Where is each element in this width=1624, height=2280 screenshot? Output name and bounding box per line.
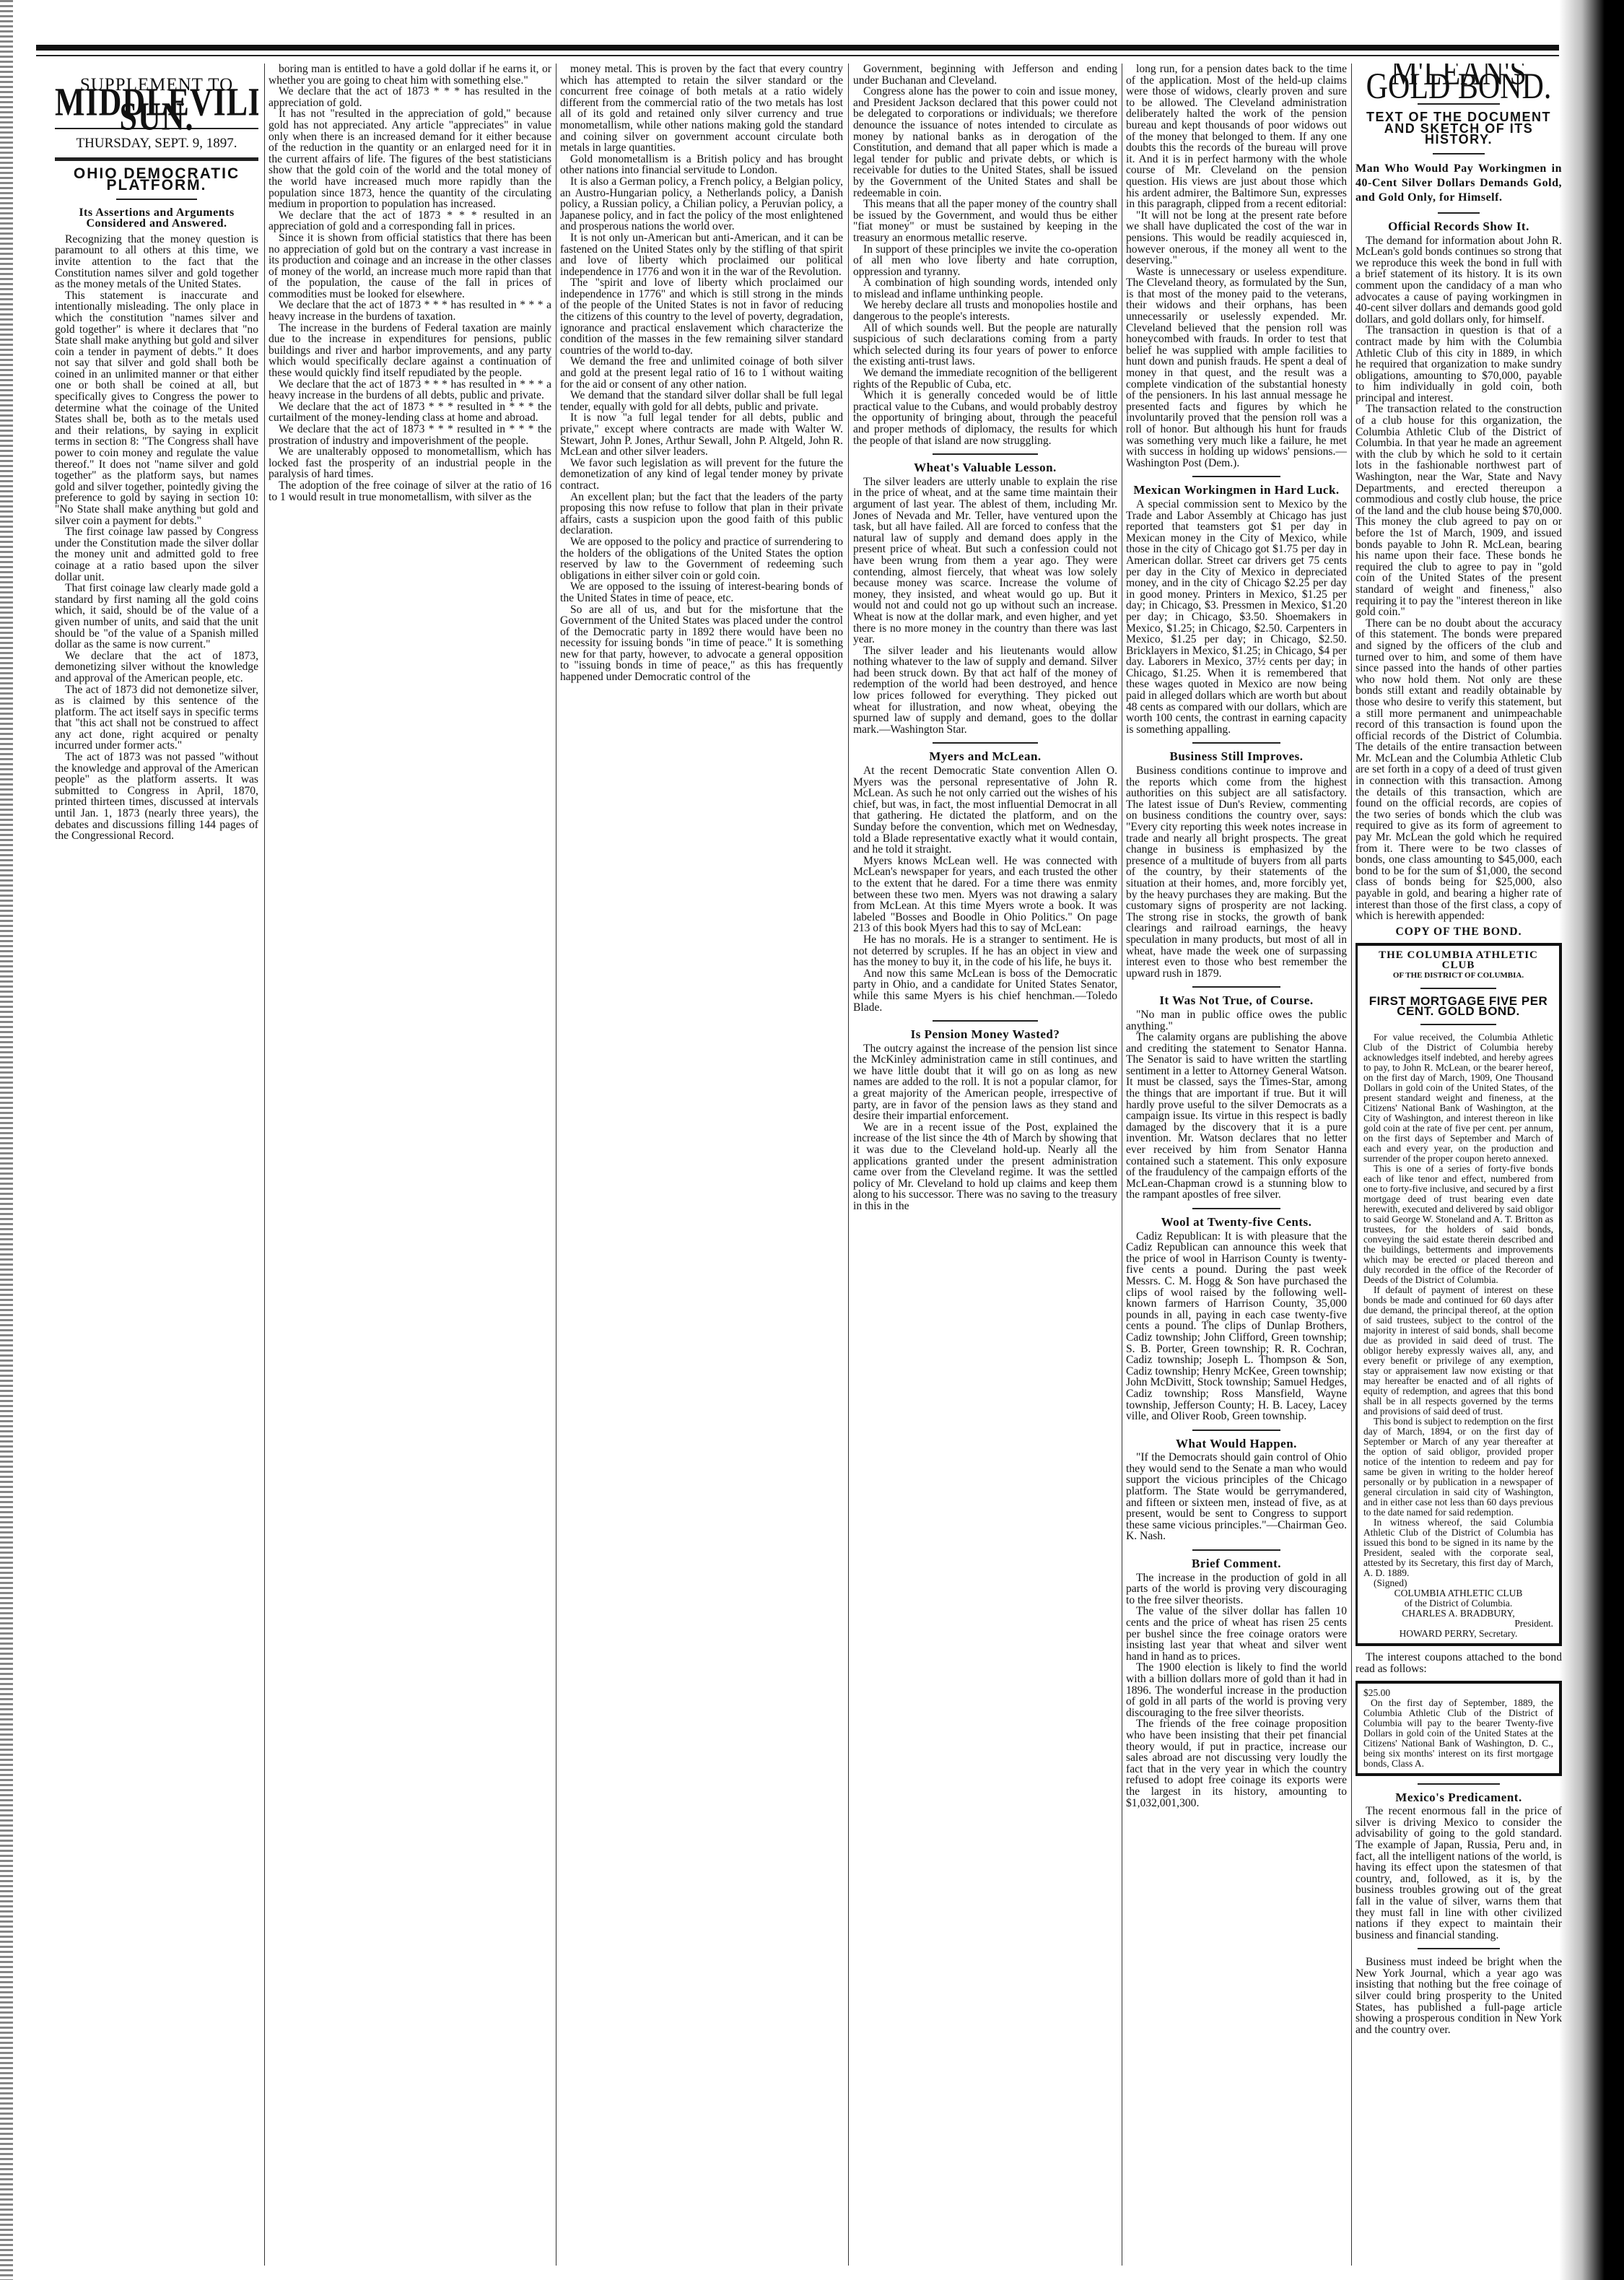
paragraph: The silver leaders are utterly unable to… [853,477,1117,645]
article-body-ohio: Recognizing that the money question is p… [55,234,258,842]
paragraph: If default of payment of interest on the… [1363,1285,1553,1417]
masthead-date: THURSDAY, SEPT. 9, 1897. [55,138,258,149]
article-body-mexican: A special commission sent to Mexico by t… [1126,499,1347,735]
paragraph: The adoption of the free coinage of silv… [269,480,551,502]
paragraph: Gold monometallism is a British policy a… [560,154,843,176]
paragraph: The demand for information about John R.… [1355,235,1562,326]
paragraph: money metal. This is proven by the fact … [560,64,843,154]
paragraph: For value received, the Columbia Athleti… [1363,1032,1553,1164]
article-body-wheat: The silver leaders are utterly unable to… [853,477,1117,736]
paragraph: It is also a German policy, a French pol… [560,176,843,232]
article-body-business: Business conditions continue to improve … [1126,765,1347,979]
paragraph: Government, beginning with Jefferson and… [853,64,1117,86]
bond-sig-president-title: President. [1363,1619,1553,1629]
article-body-mexico: The recent enormous fall in the price of… [1355,1806,1562,1941]
divider [1433,153,1485,155]
bond-certificate: THE COLUMBIA ATHLETIC CLUB OF THE DISTRI… [1355,943,1562,1646]
paragraph: Congress alone has the power to coin and… [853,86,1117,199]
paragraph: We declare that the act of 1873 * * * ha… [269,379,551,401]
paragraph: The act of 1873 did not demonetize silve… [55,684,258,752]
divider [933,1020,1038,1022]
paragraph: This statement is inaccurate and intenti… [55,290,258,526]
paragraph: "No man in public office owes the public… [1126,1009,1347,1032]
paragraph: We are in a recent issue of the Post, ex… [853,1122,1117,1212]
paragraph: We hereby declare all trusts and monopol… [853,300,1117,322]
paragraph: The transaction related to the construct… [1355,404,1562,617]
heading-official-records: Official Records Show It. [1355,221,1562,232]
column-3: money metal. This is proven by the fact … [560,64,843,2266]
heading-not-true: It Was Not True, of Course. [1126,995,1347,1006]
divider [1192,1208,1280,1209]
paragraph: Which it is generally conceded would be … [853,390,1117,446]
column-6: M'LEAN'S GOLD BOND. TEXT OF THE DOCUMENT… [1355,64,1562,2266]
paragraph: At the recent Democratic State conventio… [853,765,1117,856]
paragraph: The value of the silver dollar has falle… [1126,1606,1347,1662]
paragraph: The silver leader and his lieutenants wo… [853,645,1117,736]
bond-club-name: THE COLUMBIA ATHLETIC CLUB [1363,950,1553,970]
divider [116,199,198,200]
paragraph: The increase in the burdens of Federal t… [269,323,551,379]
subhead-ohio-platform: Its Assertions and Arguments Considered … [55,207,258,230]
bond-sig-president: CHARLES A. BRADBURY, [1363,1609,1553,1619]
divider [1192,1430,1280,1431]
divider [1438,212,1479,214]
heading-business-improves: Business Still Improves. [1126,751,1347,762]
coupons-intro: The interest coupons attached to the bon… [1355,1652,1562,1674]
paragraph: "It will not be long at the present rate… [1126,210,1347,266]
paragraph: There can be no doubt about the accuracy… [1355,618,1562,922]
column-1: SUPPLEMENT TO MIDDLEVILLE SUN. THURSDAY,… [55,64,258,2266]
column-5: long run, for a pension dates back to th… [1126,64,1347,2266]
divider [933,453,1038,455]
headline-ohio-platform: OHIO DEMOCRATIC PLATFORM. [55,168,258,191]
article-body-wool: Cadiz Republican: It is with pleasure th… [1126,1231,1347,1422]
top-rule [36,45,1559,51]
column-divider [1122,64,1122,2266]
bond-text: For value received, the Columbia Athleti… [1363,1032,1553,1578]
paragraph: "If the Democrats should gain control of… [1126,1452,1347,1542]
divider [1420,988,1496,989]
paragraph: We are unalterably opposed to monometall… [269,446,551,480]
paragraph: We declare that the act of 1873 * * * ha… [269,300,551,322]
paragraph: It is not only un-American but anti-Amer… [560,232,843,277]
article-body-records: The demand for information about John R.… [1355,235,1562,922]
article-body-happen: "If the Democrats should gain control of… [1126,1452,1347,1542]
paragraph: An excellent plan; but the fact that the… [560,492,843,536]
column-divider [264,64,265,2266]
paragraph: This bond is subject to redemption on th… [1363,1417,1553,1518]
article-body-brief: The increase in the production of gold i… [1126,1572,1347,1809]
column-divider [556,64,556,2266]
paragraph: The friends of the free coinage proposit… [1126,1718,1347,1809]
article-body-not-true: "No man in public office owes the public… [1126,1009,1347,1201]
closing-paragraph: Business must indeed be bright when the … [1355,1957,1562,2035]
page-scan-edge-right [1559,0,1624,2280]
coupon-box: $25.00 On the first day of September, 18… [1355,1681,1562,1776]
article-body-myers: At the recent Democratic State conventio… [853,765,1117,1013]
paragraph: We declare that the act of 1873 * * * ha… [269,86,551,108]
paragraph: long run, for a pension dates back to th… [1126,64,1347,210]
subhead-text-of-document: TEXT OF THE DOCUMENT AND SKETCH OF ITS H… [1355,112,1562,146]
paragraph: Cadiz Republican: It is with pleasure th… [1126,1231,1347,1422]
paragraph: Myers knows McLean well. He was connecte… [853,856,1117,934]
paragraph: We declare that the act of 1873 * * * re… [269,210,551,232]
heading-wool: Wool at Twenty-five Cents. [1126,1217,1347,1228]
article-body-col2: boring man is entitled to have a gold do… [269,64,551,502]
column-divider [848,64,849,2266]
article-body-pension: The outcry against the increase of the p… [853,1043,1117,1212]
paragraph: The transaction in question is that of a… [1355,325,1562,404]
column-4: Government, beginning with Jefferson and… [853,64,1117,2266]
heading-myers-mclean: Myers and McLean. [853,751,1117,762]
article-body-col4: Government, beginning with Jefferson and… [853,64,1117,446]
paragraph: We declare that the act of 1873 * * * re… [269,401,551,424]
divider [55,157,258,161]
paragraph: We declare that the act of 1873, demonet… [55,651,258,684]
divider [1192,986,1280,988]
paragraph: The calamity organs are publishing the a… [1126,1032,1347,1201]
bond-type: FIRST MORTGAGE FIVE PER CENT. GOLD BOND. [1363,996,1553,1017]
heading-pension-money: Is Pension Money Wasted? [853,1029,1117,1040]
top-rule-thin [36,55,1559,56]
divider [1420,1024,1496,1025]
bond-club-district: OF THE DISTRICT OF COLUMBIA. [1363,970,1553,980]
heading-copy-of-bond: COPY OF THE BOND. [1355,926,1562,938]
coupon-text: On the first day of September, 1889, the… [1363,1698,1553,1769]
deck-workingmen: Man Who Would Pay Workingmen in 40-Cent … [1355,162,1562,205]
divider [1192,742,1280,744]
article-body-col5: long run, for a pension dates back to th… [1126,64,1347,469]
bond-signed: (Signed) [1374,1578,1553,1588]
paragraph: The outcry against the increase of the p… [853,1043,1117,1122]
bond-sig-secretary: HOWARD PERRY, Secretary. [1363,1629,1553,1639]
paragraph: We demand the immediate recognition of t… [853,367,1117,390]
paragraph: We are opposed to the policy and practic… [560,536,843,581]
paragraph: Recognizing that the money question is p… [55,234,258,290]
divider [1192,476,1280,477]
bond-sig-club: COLUMBIA ATHLETIC CLUB [1363,1588,1553,1598]
page-scan-edge-left [0,0,13,2280]
paragraph: Since it is shown from official statisti… [269,232,551,300]
paragraph: We favor such legislation as will preven… [560,458,843,492]
paragraph: It is now "a full legal tender for all d… [560,412,843,457]
paragraph: The increase in the production of gold i… [1126,1572,1347,1606]
paragraph: The "spirit and love of liberty which pr… [560,277,843,356]
paragraph: In witness whereof, the said Columbia At… [1363,1518,1553,1578]
paragraph: In support of these principles we invite… [853,244,1117,278]
column-2: boring man is entitled to have a gold do… [269,64,551,2266]
paragraph: A combination of high sounding words, in… [853,277,1117,300]
paragraph: We demand the free and unlimited coinage… [560,356,843,390]
paragraph: It has not "resulted in the appreciation… [269,108,551,209]
masthead-title: MIDDLEVILLE SUN. [55,95,258,123]
paragraph: We are opposed to the issuing of interes… [560,581,843,604]
paragraph: He has no morals. He is a stranger to se… [853,934,1117,968]
divider [933,742,1038,744]
paragraph: The first coinage law passed by Congress… [55,526,258,583]
bond-sig-club-sub: of the District of Columbia. [1363,1598,1553,1609]
paragraph: A special commission sent to Mexico by t… [1126,499,1347,735]
coupon-amount: $25.00 [1363,1688,1553,1698]
paragraph: That first coinage law clearly made gold… [55,583,258,651]
paragraph: The act of 1873 was not passed "without … [55,752,258,842]
paragraph: Waste is unnecessary or useless expendit… [1126,266,1347,469]
paragraph: All of which sounds well. But the people… [853,323,1117,367]
paragraph: Business conditions continue to improve … [1126,765,1347,979]
heading-mexican-workingmen: Mexican Workingmen in Hard Luck. [1126,484,1347,496]
heading-what-would-happen: What Would Happen. [1126,1438,1347,1450]
divider [1418,1948,1500,1949]
paragraph: This means that all the paper money of t… [853,199,1117,243]
paragraph: And now this same McLean is boss of the … [853,968,1117,1013]
headline-mcleans-gold-bond: M'LEAN'S GOLD BOND. [1355,67,1562,94]
paragraph: This is one of a series of forty-five bo… [1363,1164,1553,1285]
heading-mexico-predicament: Mexico's Predicament. [1355,1792,1562,1803]
divider [1192,1549,1280,1551]
paragraph: The 1900 election is likely to find the … [1126,1662,1347,1718]
heading-brief-comment: Brief Comment. [1126,1558,1347,1570]
paragraph: We demand that the standard silver dolla… [560,390,843,412]
paragraph: So are all of us, and but for the misfor… [560,604,843,683]
paragraph: We declare that the act of 1873 * * * re… [269,424,551,446]
column-divider [1351,64,1352,2266]
paragraph: boring man is entitled to have a gold do… [269,64,551,86]
heading-wheat-lesson: Wheat's Valuable Lesson. [853,462,1117,474]
article-body-col3: money metal. This is proven by the fact … [560,64,843,683]
paragraph: The recent enormous fall in the price of… [1355,1806,1562,1941]
divider [1418,1783,1500,1785]
